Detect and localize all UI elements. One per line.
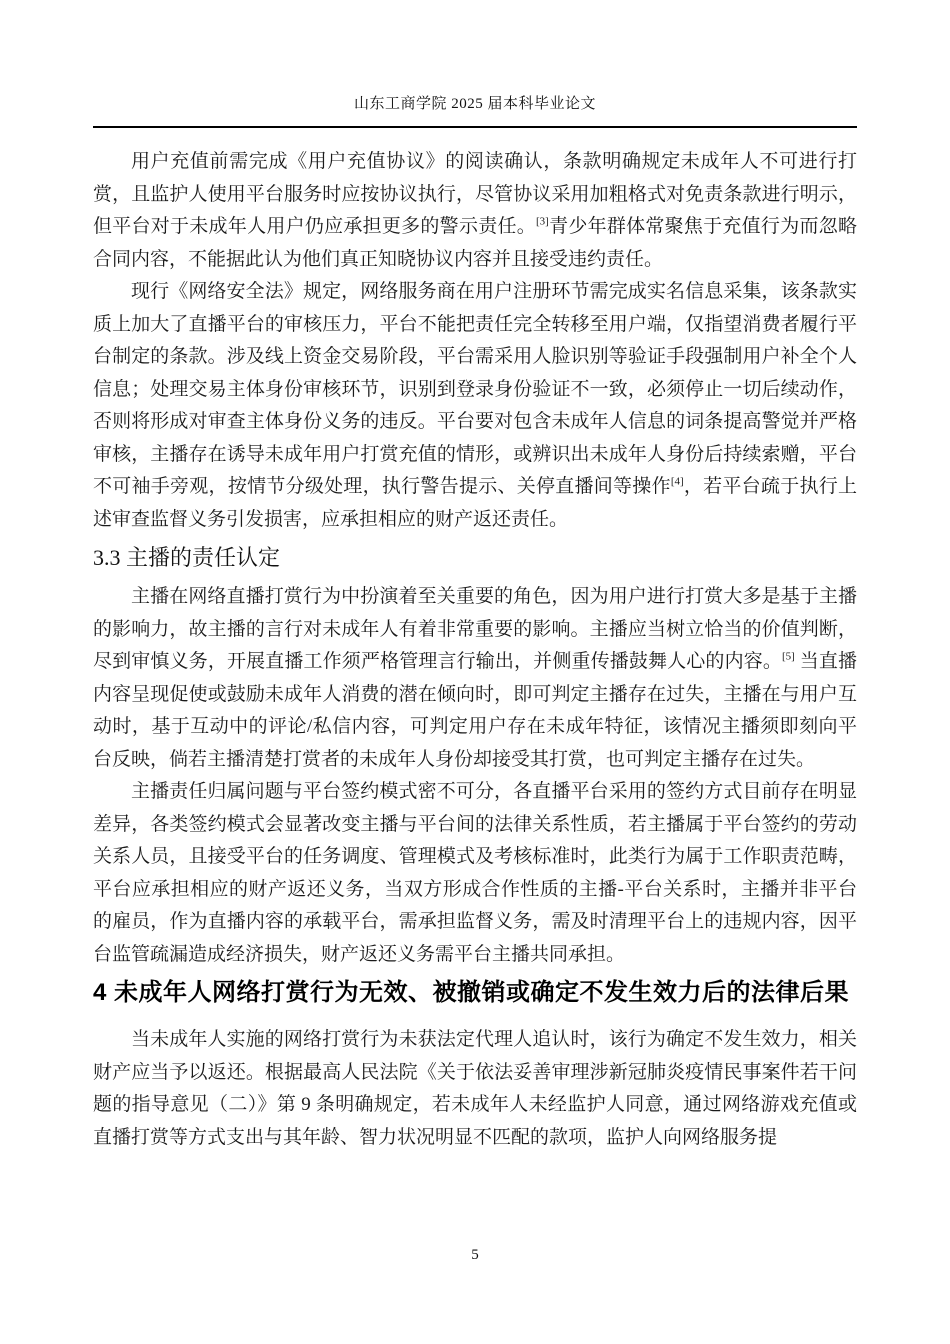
document-page: 山东工商学院 2025 届本科毕业论文 用户充值前需完成《用户充值协议》的阅读确… [0, 0, 950, 1344]
paragraph-legal-consequences: 当未成年人实施的网络打赏行为未获法定代理人追认时，该行为确定不发生效力，相关财产… [93, 1024, 857, 1154]
paragraph-anchor-contract-models: 主播责任归属问题与平台签约模式密不可分，各直播平台采用的签约方式目前存在明显差异… [93, 776, 857, 971]
paragraph-anchor-role-and-fault: 主播在网络直播打赏行为中扮演着至关重要的角色，因为用户进行打赏大多是基于主播的影… [93, 581, 857, 776]
section-heading-4: 4 未成年人网络打赏行为无效、被撤销或确定不发生效力后的法律后果 [93, 976, 857, 1010]
section-heading-3-3: 3.3 主播的责任认定 [93, 542, 857, 573]
page-footer: 5 [0, 1247, 950, 1264]
paragraph-cybersecurity-law-platform-duty: 现行《网络安全法》规定，网络服务商在用户注册环节需完成实名信息采集，该条款实质上… [93, 276, 857, 536]
footnote-reference: [4] [671, 476, 684, 488]
page-number: 5 [471, 1247, 479, 1263]
header-title: 山东工商学院 2025 届本科毕业论文 [354, 96, 596, 112]
footnote-reference: [5] [782, 651, 795, 663]
footnote-reference: [3] [536, 216, 549, 228]
document-body: 用户充值前需完成《用户充值协议》的阅读确认，条款明确规定未成年人不可进行打赏，且… [93, 146, 857, 1154]
paragraph-user-recharge-agreement: 用户充值前需完成《用户充值协议》的阅读确认，条款明确规定未成年人不可进行打赏，且… [93, 146, 857, 276]
page-header: 山东工商学院 2025 届本科毕业论文 [93, 92, 857, 128]
